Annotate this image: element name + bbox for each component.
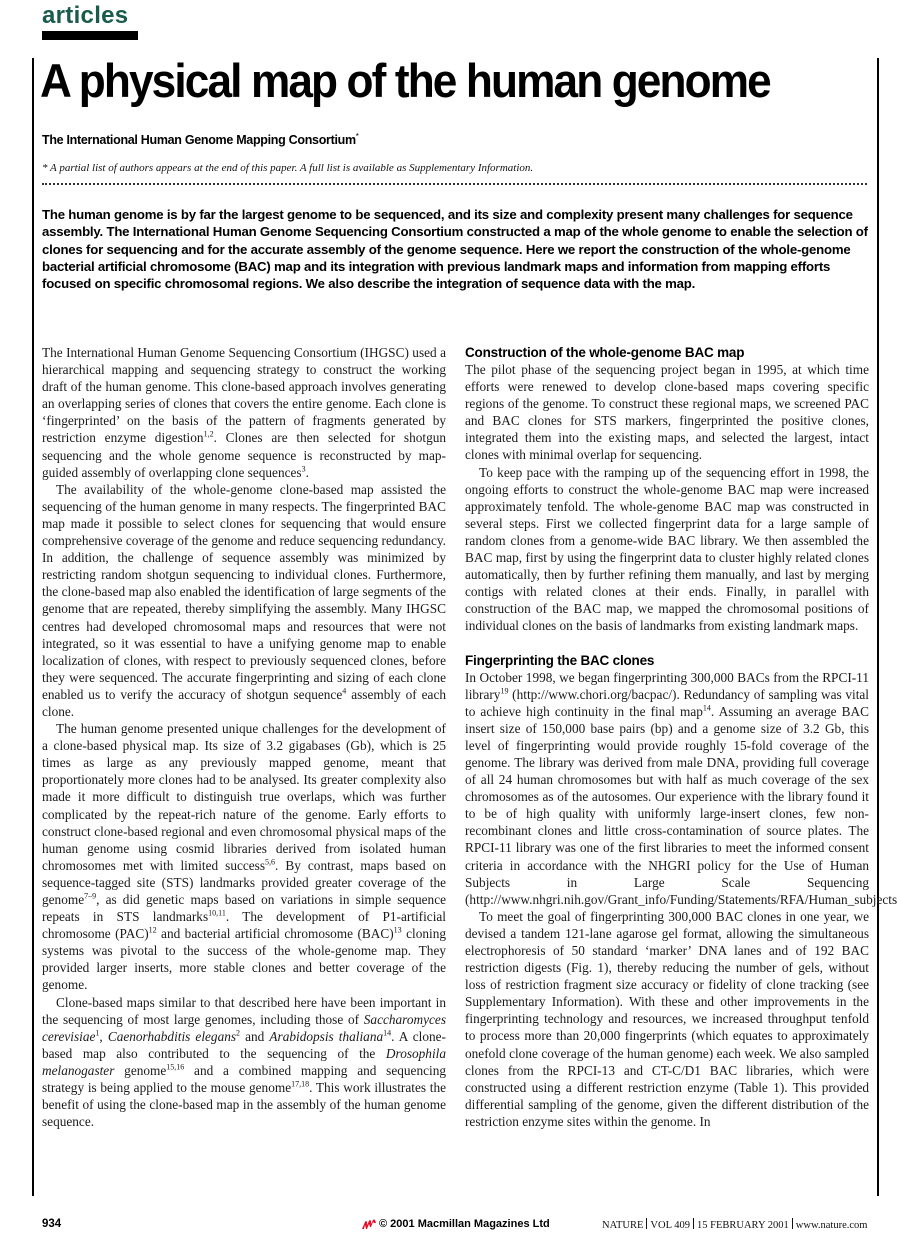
paragraph: The availability of the whole-genome clo… [42,481,446,720]
journal-name: NATURE [602,1220,643,1231]
citation[interactable]: 7–9 [84,892,96,901]
species-name: Arabidopsis thaliana [269,1029,383,1044]
section-bar [42,31,138,40]
separator [646,1218,647,1229]
section-tag: articles [42,2,128,30]
author-footnote: * A partial list of authors appears at t… [42,162,533,174]
citation[interactable]: 17,18 [291,1080,309,1089]
left-column: The International Human Genome Sequencin… [42,344,446,1130]
journal-info: NATUREVOL 40915 FEBRUARY 2001www.nature.… [602,1218,867,1231]
copyright: © 2001 Macmillan Magazines Ltd [362,1218,550,1230]
separator [792,1218,793,1229]
species-name: Caenorhabditis elegans [108,1029,236,1044]
authors: The International Human Genome Mapping C… [42,133,356,147]
citation[interactable]: 10,11 [208,909,226,918]
citation[interactable]: 5,6 [265,857,275,866]
citation[interactable]: 12 [149,926,157,935]
citation[interactable]: 14 [703,703,711,712]
issue-date: 15 FEBRUARY 2001 [697,1220,789,1231]
citation[interactable]: 15,16 [166,1063,184,1072]
paragraph: In October 1998, we began fingerprinting… [465,669,869,908]
left-margin-rule [32,58,34,1196]
paragraph: Clone-based maps similar to that describ… [42,994,446,1131]
abstract: The human genome is by far the largest g… [42,206,868,292]
section-heading: Construction of the whole-genome BAC map [465,344,869,361]
article-title: A physical map of the human genome [40,52,770,110]
paragraph: To keep pace with the ramping up of the … [465,464,869,635]
author-footnote-marker: * [356,132,359,141]
separator [693,1218,694,1229]
paragraph: To meet the goal of fingerprinting 300,0… [465,908,869,1130]
right-column: Construction of the whole-genome BAC map… [465,344,869,1130]
citation[interactable]: 13 [394,926,402,935]
paragraph: The International Human Genome Sequencin… [42,344,446,481]
paragraph: The human genome presented unique challe… [42,720,446,994]
website-link[interactable]: www.nature.com [796,1220,868,1231]
paragraph: The pilot phase of the sequencing projec… [465,361,869,464]
right-margin-rule [877,58,879,1196]
macmillan-logo-icon [362,1219,376,1230]
volume: VOL 409 [650,1220,690,1231]
citation[interactable]: 14 [383,1028,391,1037]
page-number: 934 [42,1218,61,1230]
copyright-text: © 2001 Macmillan Magazines Ltd [379,1218,550,1230]
citation[interactable]: 1,2 [204,430,214,439]
section-heading: Fingerprinting the BAC clones [465,652,869,669]
author-line: The International Human Genome Mapping C… [42,132,359,147]
dotted-divider [42,183,867,185]
